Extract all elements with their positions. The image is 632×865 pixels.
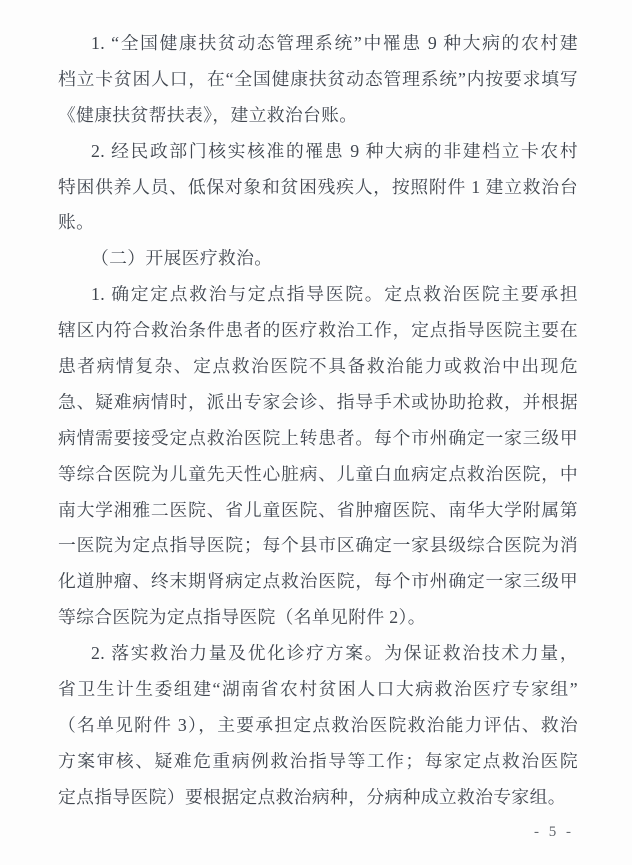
text-line: 1. “全国健康扶贫动态管理系统”中罹患 9 种大病的农村建 <box>58 26 578 62</box>
text-line: 账。 <box>58 205 578 241</box>
text-line: （名单见附件 3），主要承担定点救治医院救治能力评估、救治 <box>58 708 578 744</box>
text-line: 方案审核、疑难危重病例救治指导等工作；每家定点救治医院（含 <box>58 744 578 780</box>
text-line: 化道肿瘤、终末期肾病定点救治医院，每个市州确定一家三级甲 <box>58 564 578 600</box>
text-line: 1. 确定定点救治与定点指导医院。定点救治医院主要承担 <box>58 277 578 313</box>
text-line: 定点指导医院）要根据定点救治病种，分病种成立救治专家组。 <box>58 780 578 816</box>
text-line: （二）开展医疗救治。 <box>58 241 578 277</box>
text-line: 一医院为定点指导医院；每个县市区确定一家县级综合医院为消 <box>58 528 578 564</box>
page-number: - 5 - <box>534 824 574 841</box>
text-line: 2. 落实救治力量及优化诊疗方案。为保证救治技术力量， <box>58 636 578 672</box>
document-body: 1. “全国健康扶贫动态管理系统”中罹患 9 种大病的农村建档立卡贫困人口，在“… <box>58 26 578 816</box>
text-line: 南大学湘雅二医院、省儿童医院、省肿瘤医院、南华大学附属第 <box>58 493 578 529</box>
text-line: 急、疑难病情时，派出专家会诊、指导手术或协助抢救，并根据 <box>58 385 578 421</box>
text-line: 特困供养人员、低保对象和贫困残疾人，按照附件 1 建立救治台 <box>58 170 578 206</box>
text-line: 等综合医院为定点指导医院（名单见附件 2）。 <box>58 600 578 636</box>
scanned-document-page: 1. “全国健康扶贫动态管理系统”中罹患 9 种大病的农村建档立卡贫困人口，在“… <box>0 0 632 865</box>
text-line: 等综合医院为儿童先天性心脏病、儿童白血病定点救治医院，中 <box>58 457 578 493</box>
text-line: 《健康扶贫帮扶表》，建立救治台账。 <box>58 98 578 134</box>
text-line: 病情需要接受定点救治医院上转患者。每个市州确定一家三级甲 <box>58 421 578 457</box>
text-line: 患者病情复杂、定点救治医院不具备救治能力或救治中出现危 <box>58 349 578 385</box>
text-line: 2. 经民政部门核实核准的罹患 9 种大病的非建档立卡农村 <box>58 134 578 170</box>
text-line: 省卫生计生委组建“湖南省农村贫困人口大病救治医疗专家组” <box>58 672 578 708</box>
text-line: 档立卡贫困人口，在“全国健康扶贫动态管理系统”内按要求填写 <box>58 62 578 98</box>
text-line: 辖区内符合救治条件患者的医疗救治工作，定点指导医院主要在 <box>58 313 578 349</box>
